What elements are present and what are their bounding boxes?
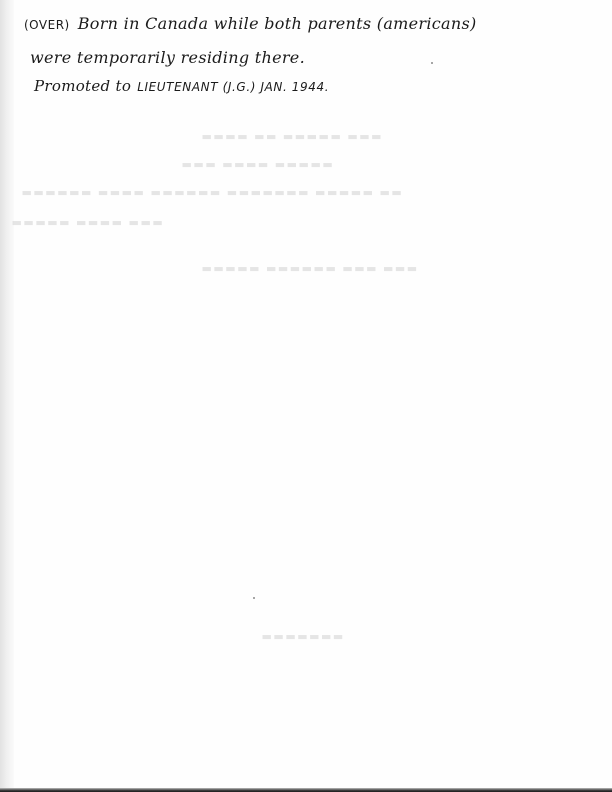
bleed-through-text: ▬▬▬▬▬ ▬▬▬▬ ▬▬▬	[180, 158, 333, 171]
bleed-through-text: ▬▬▬ ▬▬▬▬ ▬▬▬▬▬	[10, 216, 163, 229]
promotion-rank-date: LIEUTENANT (J.G.) JAN. 1944.	[137, 80, 329, 94]
paper-speck	[431, 62, 433, 64]
bleed-through-text: ▬▬▬ ▬▬▬ ▬▬▬▬▬▬ ▬▬▬▬▬	[200, 262, 417, 275]
over-marker: (OVER)	[24, 18, 70, 32]
handwritten-line-3: Promoted toLIEUTENANT (J.G.) JAN. 1944.	[34, 77, 329, 95]
paper-speck	[253, 597, 255, 599]
scan-left-edge	[0, 0, 14, 792]
bleed-through-text: ▬▬ ▬▬▬▬▬ ▬▬▬▬▬▬▬ ▬▬▬▬▬▬ ▬▬▬▬ ▬▬▬▬▬▬	[20, 186, 402, 199]
bleed-through-text: ▬▬▬▬▬▬▬	[260, 630, 343, 643]
promotion-note-text: Promoted to	[34, 77, 131, 95]
birth-note-text: Born in Canada while both parents (ameri…	[78, 14, 477, 33]
scan-bottom-edge	[0, 788, 612, 792]
document-page: (OVER)Born in Canada while both parents …	[0, 0, 612, 792]
bleed-through-text: ▬▬▬ ▬▬▬▬▬ ▬▬ ▬▬▬▬	[200, 130, 382, 143]
handwritten-line-1: (OVER)Born in Canada while both parents …	[24, 14, 477, 33]
handwritten-line-2: were temporarily residing there.	[30, 48, 305, 67]
residence-note-text: were temporarily residing there.	[30, 48, 305, 67]
